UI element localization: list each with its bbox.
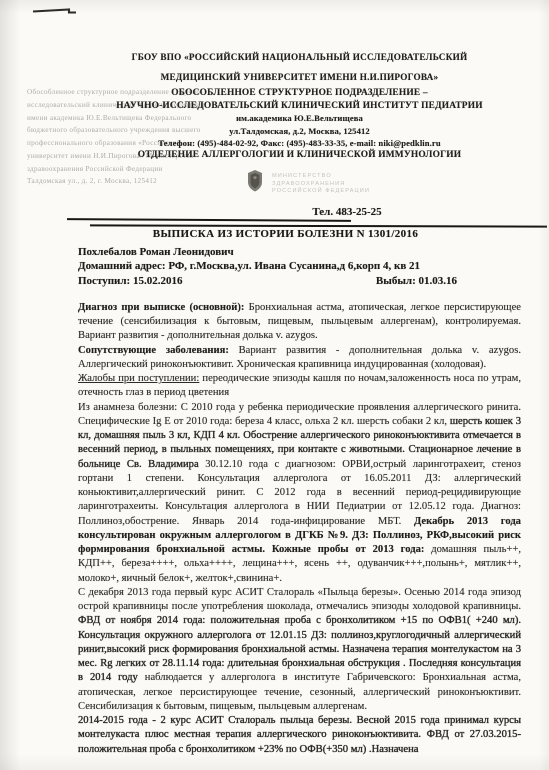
text-run: Сопутствующие заболевания: (78, 345, 239, 356)
letterhead-phone-fax-email-line: Телефон: (495)-484-02-92, Факс: (495)-48… (78, 137, 521, 149)
letterhead-university-line1: ГБОУ ВПО «РОССИЙСКИЙ НАЦИОНАЛЬНЫЙ ИССЛЕД… (78, 48, 521, 68)
text-run: наблюдается у аллерголога в институте Га… (78, 672, 521, 712)
text-run: Диагноз при выписке (основной): (78, 302, 249, 313)
letterhead-subdivision-line: ОБОСОБЛЕННОЕ СТРУКТУРНОЕ ПОДРАЗДЕЛЕНИЕ – (78, 87, 521, 100)
letterhead-department-line: ОТДЕЛЕНИЕ АЛЛЕРГОЛОГИИ И КЛИНИЧЕСКОЙ ИММ… (78, 149, 521, 162)
paragraph: С декабря 2013 года первый курс АСИТ Ста… (78, 586, 521, 714)
admission-discharge-row: Поступил: 15.02.2016 Выбыл: 01.03.16 (78, 274, 521, 288)
letterhead-named-after-line: им.академика Ю.Е.Вельтищева (78, 112, 521, 124)
admission-date: Поступил: 15.02.2016 (78, 274, 182, 288)
phone-line: Тел. 483-25-25 (78, 206, 521, 219)
text-run: Жалобы при поступлении: (78, 373, 199, 384)
patient-name: Похлебалов Роман Леонидович (78, 245, 521, 259)
paragraph: Диагноз при выписке (основной): Бронхиал… (78, 301, 521, 344)
document-body: Диагноз при выписке (основной): Бронхиал… (78, 301, 521, 757)
paragraph: 2014-2015 года - 2 курс АСИТ Сталораль п… (78, 714, 521, 757)
scanned-document-page: Обособленное структурное подразделение -… (0, 0, 549, 770)
paragraph: Жалобы при поступлении: переодические эп… (78, 372, 521, 401)
pen-mark (32, 7, 80, 17)
text-run: С декабря 2013 года первый курс АСИТ Ста… (78, 587, 521, 612)
paragraph: Сопутствующие заболевания: Вариант разви… (78, 344, 521, 373)
patient-block: Похлебалов Роман Леонидович Домашний адр… (78, 245, 521, 288)
paragraph: Из анамнеза болезни: С 2010 года у ребен… (78, 401, 521, 586)
discharge-date: Выбыл: 01.03.16 (376, 274, 457, 288)
letterhead: ГБОУ ВПО «РОССИЙСКИЙ НАЦИОНАЛЬНЫЙ ИССЛЕД… (78, 48, 521, 162)
letterhead-address-line: ул.Талдомская, д.2, Москва, 125412 (78, 125, 521, 137)
letterhead-institute-line: НАУЧНО-ИССЛЕДОВАТЕЛЬСКИЙ КЛИНИЧЕСКИЙ ИНС… (78, 100, 521, 113)
letterhead-university-line2: МЕДИЦИНСКИЙ УНИВЕРСИТЕТ ИМЕНИ Н.И.ПИРОГО… (78, 68, 521, 88)
text-run: 2014-2015 года - 2 курс АСИТ Сталораль п… (78, 715, 521, 755)
document-title: ВЫПИСКА ИЗ ИСТОРИИ БОЛЕЗНИ N 1301/2016 (64, 228, 507, 241)
patient-address: Домашний адрес: РФ, г.Москва,ул. Ивана С… (78, 259, 521, 273)
